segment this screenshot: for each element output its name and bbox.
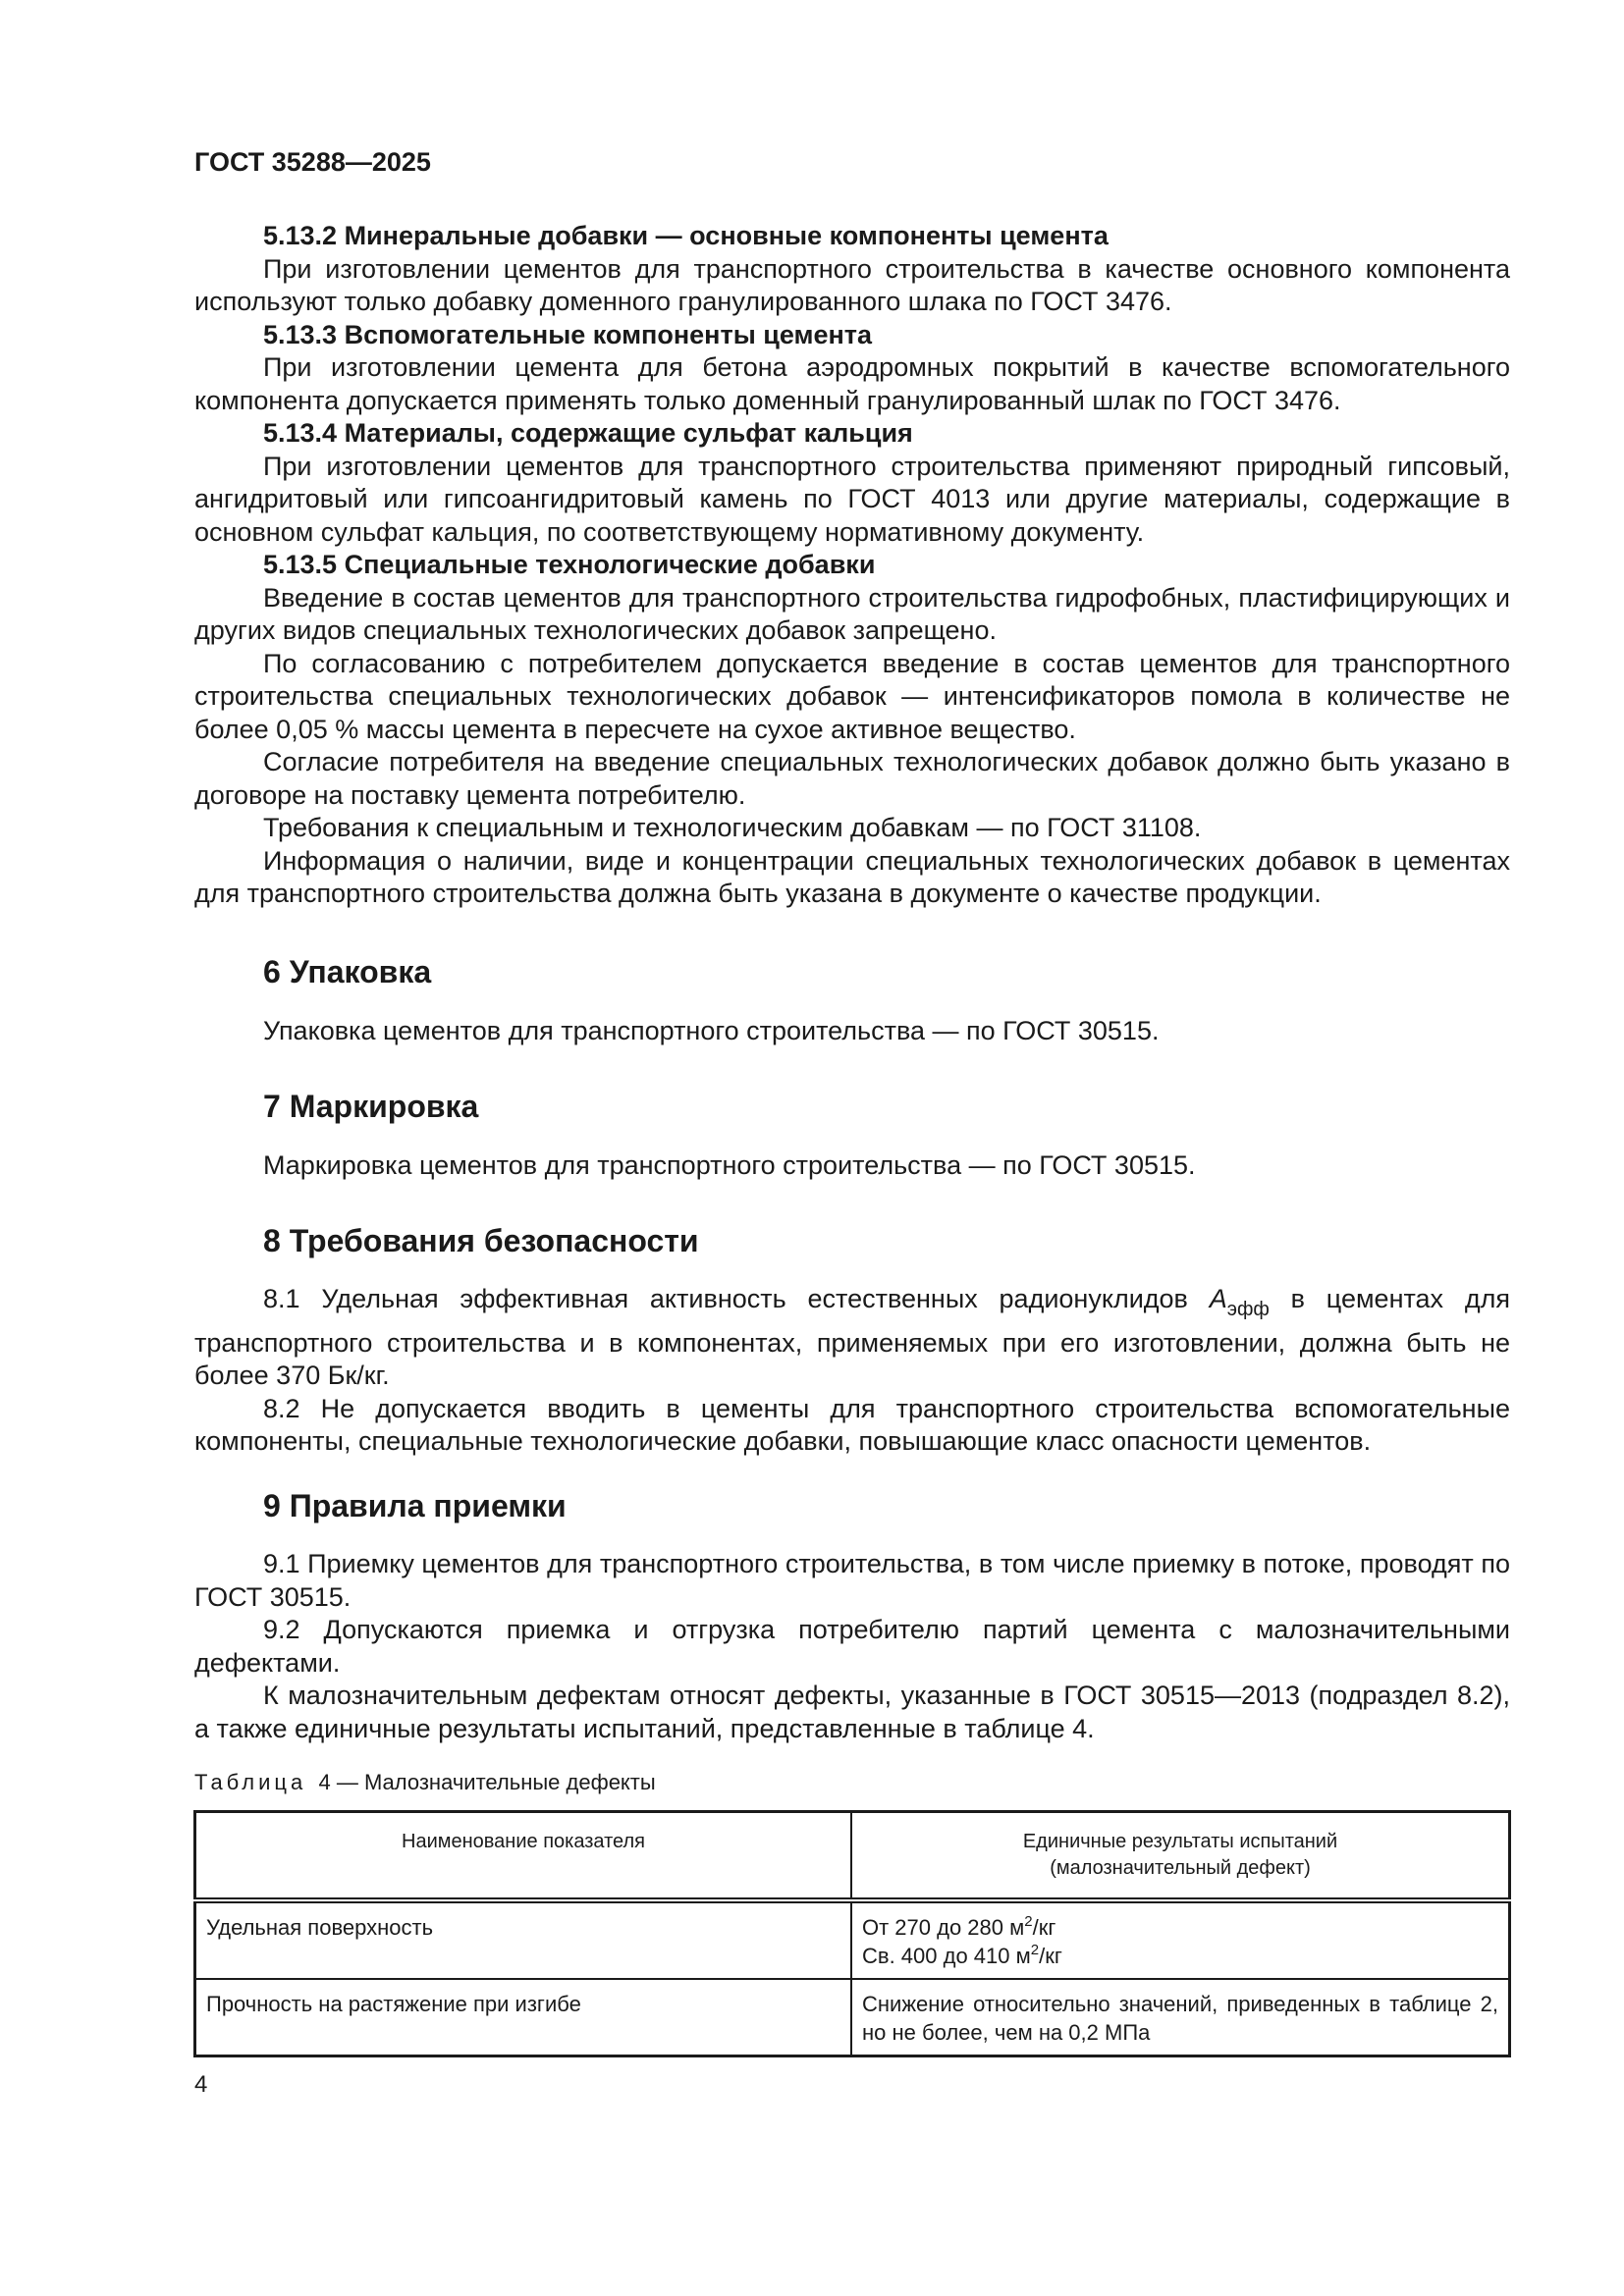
section-9-body: 9.1 Приемку цементов для транспортного с… (194, 1548, 1510, 1745)
cell-indicator: Прочность на растяжение при изгибе (195, 1979, 852, 2056)
section-title-9: 9 Правила приемки (263, 1488, 567, 1524)
paragraph: Упаковка цементов для транспортного стро… (194, 1015, 1510, 1048)
paragraph: При изготовлении цементов для транспортн… (194, 451, 1510, 550)
subsection-title-5-13-3: 5.13.3 Вспомогательные компоненты цемент… (194, 319, 1510, 352)
section-5-13-body: 5.13.2 Минеральные добавки — основные ко… (194, 220, 1510, 911)
page-number: 4 (194, 2071, 207, 2099)
column-header-indicator: Наименование показателя (195, 1812, 852, 1901)
superscript: 2 (1031, 1942, 1039, 1958)
paragraph: К малозначительным дефектам относят дефе… (194, 1680, 1510, 1745)
paragraph: Введение в состав цементов для транспорт… (194, 582, 1510, 648)
subsection-title-5-13-5: 5.13.5 Специальные технологические добав… (194, 549, 1510, 582)
text: От 270 до 280 м (862, 1915, 1024, 1940)
caption-label: Таблица (194, 1770, 306, 1794)
paragraph-8-1: 8.1 Удельная эффективная активность есте… (194, 1283, 1510, 1393)
header-line: (малозначительный дефект) (1050, 1857, 1311, 1879)
activity-symbol: A (1210, 1284, 1227, 1313)
paragraph: Маркировка цементов для транспортного ст… (194, 1149, 1510, 1183)
table-row: Удельная поверхность От 270 до 280 м2/кг… (195, 1900, 1510, 1979)
activity-subscript: эфф (1227, 1299, 1270, 1320)
column-header-results: Единичные результаты испытаний(малозначи… (851, 1812, 1510, 1901)
section-title-8: 8 Требования безопасности (263, 1223, 699, 1259)
paragraph-9-2: 9.2 Допускаются приемка и отгрузка потре… (194, 1614, 1510, 1680)
cell-result: От 270 до 280 м2/кг Св. 400 до 410 м2/кг (851, 1900, 1510, 1979)
table-header-row: Наименование показателя Единичные резуль… (195, 1812, 1510, 1901)
text: /кг (1033, 1915, 1056, 1940)
document-designation: ГОСТ 35288—2025 (194, 147, 431, 178)
text: 8.1 Удельная эффективная активность есте… (263, 1284, 1210, 1313)
paragraph: Требования к специальным и технологическ… (194, 812, 1510, 845)
caption-title: 4 — Малозначительные дефекты (319, 1770, 656, 1794)
table-row: Прочность на растяжение при изгибе Сниже… (195, 1979, 1510, 2056)
text: Св. 400 до 410 м (862, 1944, 1031, 1968)
table-caption: Таблица 4 — Малозначительные дефекты (194, 1770, 656, 1795)
paragraph: По согласованию с потребителем допускает… (194, 648, 1510, 747)
superscript: 2 (1024, 1913, 1032, 1930)
paragraph-8-2: 8.2 Не допускается вводить в цементы для… (194, 1393, 1510, 1459)
section-title-6: 6 Упаковка (263, 954, 431, 990)
section-8-body: 8.1 Удельная эффективная активность есте… (194, 1283, 1510, 1459)
subsection-title-5-13-4: 5.13.4 Материалы, содержащие сульфат кал… (194, 417, 1510, 451)
header-line: Единичные результаты испытаний (1023, 1831, 1337, 1852)
subsection-title-5-13-2: 5.13.2 Минеральные добавки — основные ко… (194, 220, 1510, 253)
paragraph-9-1: 9.1 Приемку цементов для транспортного с… (194, 1548, 1510, 1614)
section-7-body: Маркировка цементов для транспортного ст… (194, 1149, 1510, 1183)
minor-defects-table: Наименование показателя Единичные резуль… (193, 1810, 1511, 2057)
section-title-7: 7 Маркировка (263, 1089, 478, 1125)
section-6-body: Упаковка цементов для транспортного стро… (194, 1015, 1510, 1048)
paragraph: При изготовлении цемента для бетона аэро… (194, 351, 1510, 417)
paragraph: При изготовлении цементов для транспортн… (194, 253, 1510, 319)
cell-result: Снижение относительно значений, приведен… (851, 1979, 1510, 2056)
paragraph: Согласие потребителя на введение специал… (194, 746, 1510, 812)
cell-indicator: Удельная поверхность (195, 1900, 852, 1979)
text: /кг (1039, 1944, 1062, 1968)
paragraph: Информация о наличии, виде и концентраци… (194, 845, 1510, 911)
